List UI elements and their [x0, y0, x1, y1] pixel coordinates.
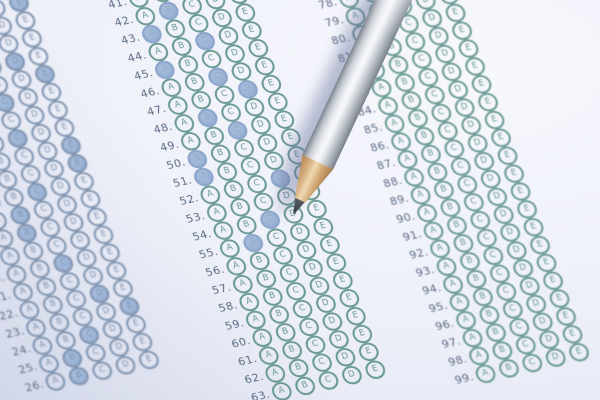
bubble-E[interactable]: E	[566, 341, 591, 363]
bubble-C[interactable]: C	[90, 359, 115, 381]
bubble-A[interactable]: A	[269, 380, 294, 400]
question-number: 99.	[451, 367, 476, 389]
question-number: 26.	[22, 375, 47, 397]
bubble-A[interactable]: A	[43, 370, 68, 392]
question-number: 63.	[248, 385, 273, 400]
bubble-B[interactable]: B	[496, 357, 521, 379]
bubble-B-filled[interactable]: B	[67, 365, 92, 387]
bubble-A[interactable]: A	[473, 362, 498, 384]
answer-sheet-photo: 4.ABCDE5.ABCDE6.ABCDE7.ABCDE8.ABCDE9.ABC…	[0, 0, 600, 400]
bubble-C[interactable]: C	[316, 369, 341, 391]
bubble-D[interactable]: D	[113, 354, 138, 376]
bubble-D[interactable]: D	[543, 346, 568, 368]
bubble-C[interactable]: C	[520, 352, 545, 374]
answer-column-right: 78.ABCDE79.ABCDE80.ABCDE81.ABCDE82.ABCDE…	[108, 5, 109, 6]
bubble-D[interactable]: D	[339, 364, 364, 386]
bubble-E[interactable]: E	[363, 359, 388, 381]
bubble-E[interactable]: E	[137, 349, 162, 371]
bubble-B[interactable]: B	[293, 375, 318, 397]
